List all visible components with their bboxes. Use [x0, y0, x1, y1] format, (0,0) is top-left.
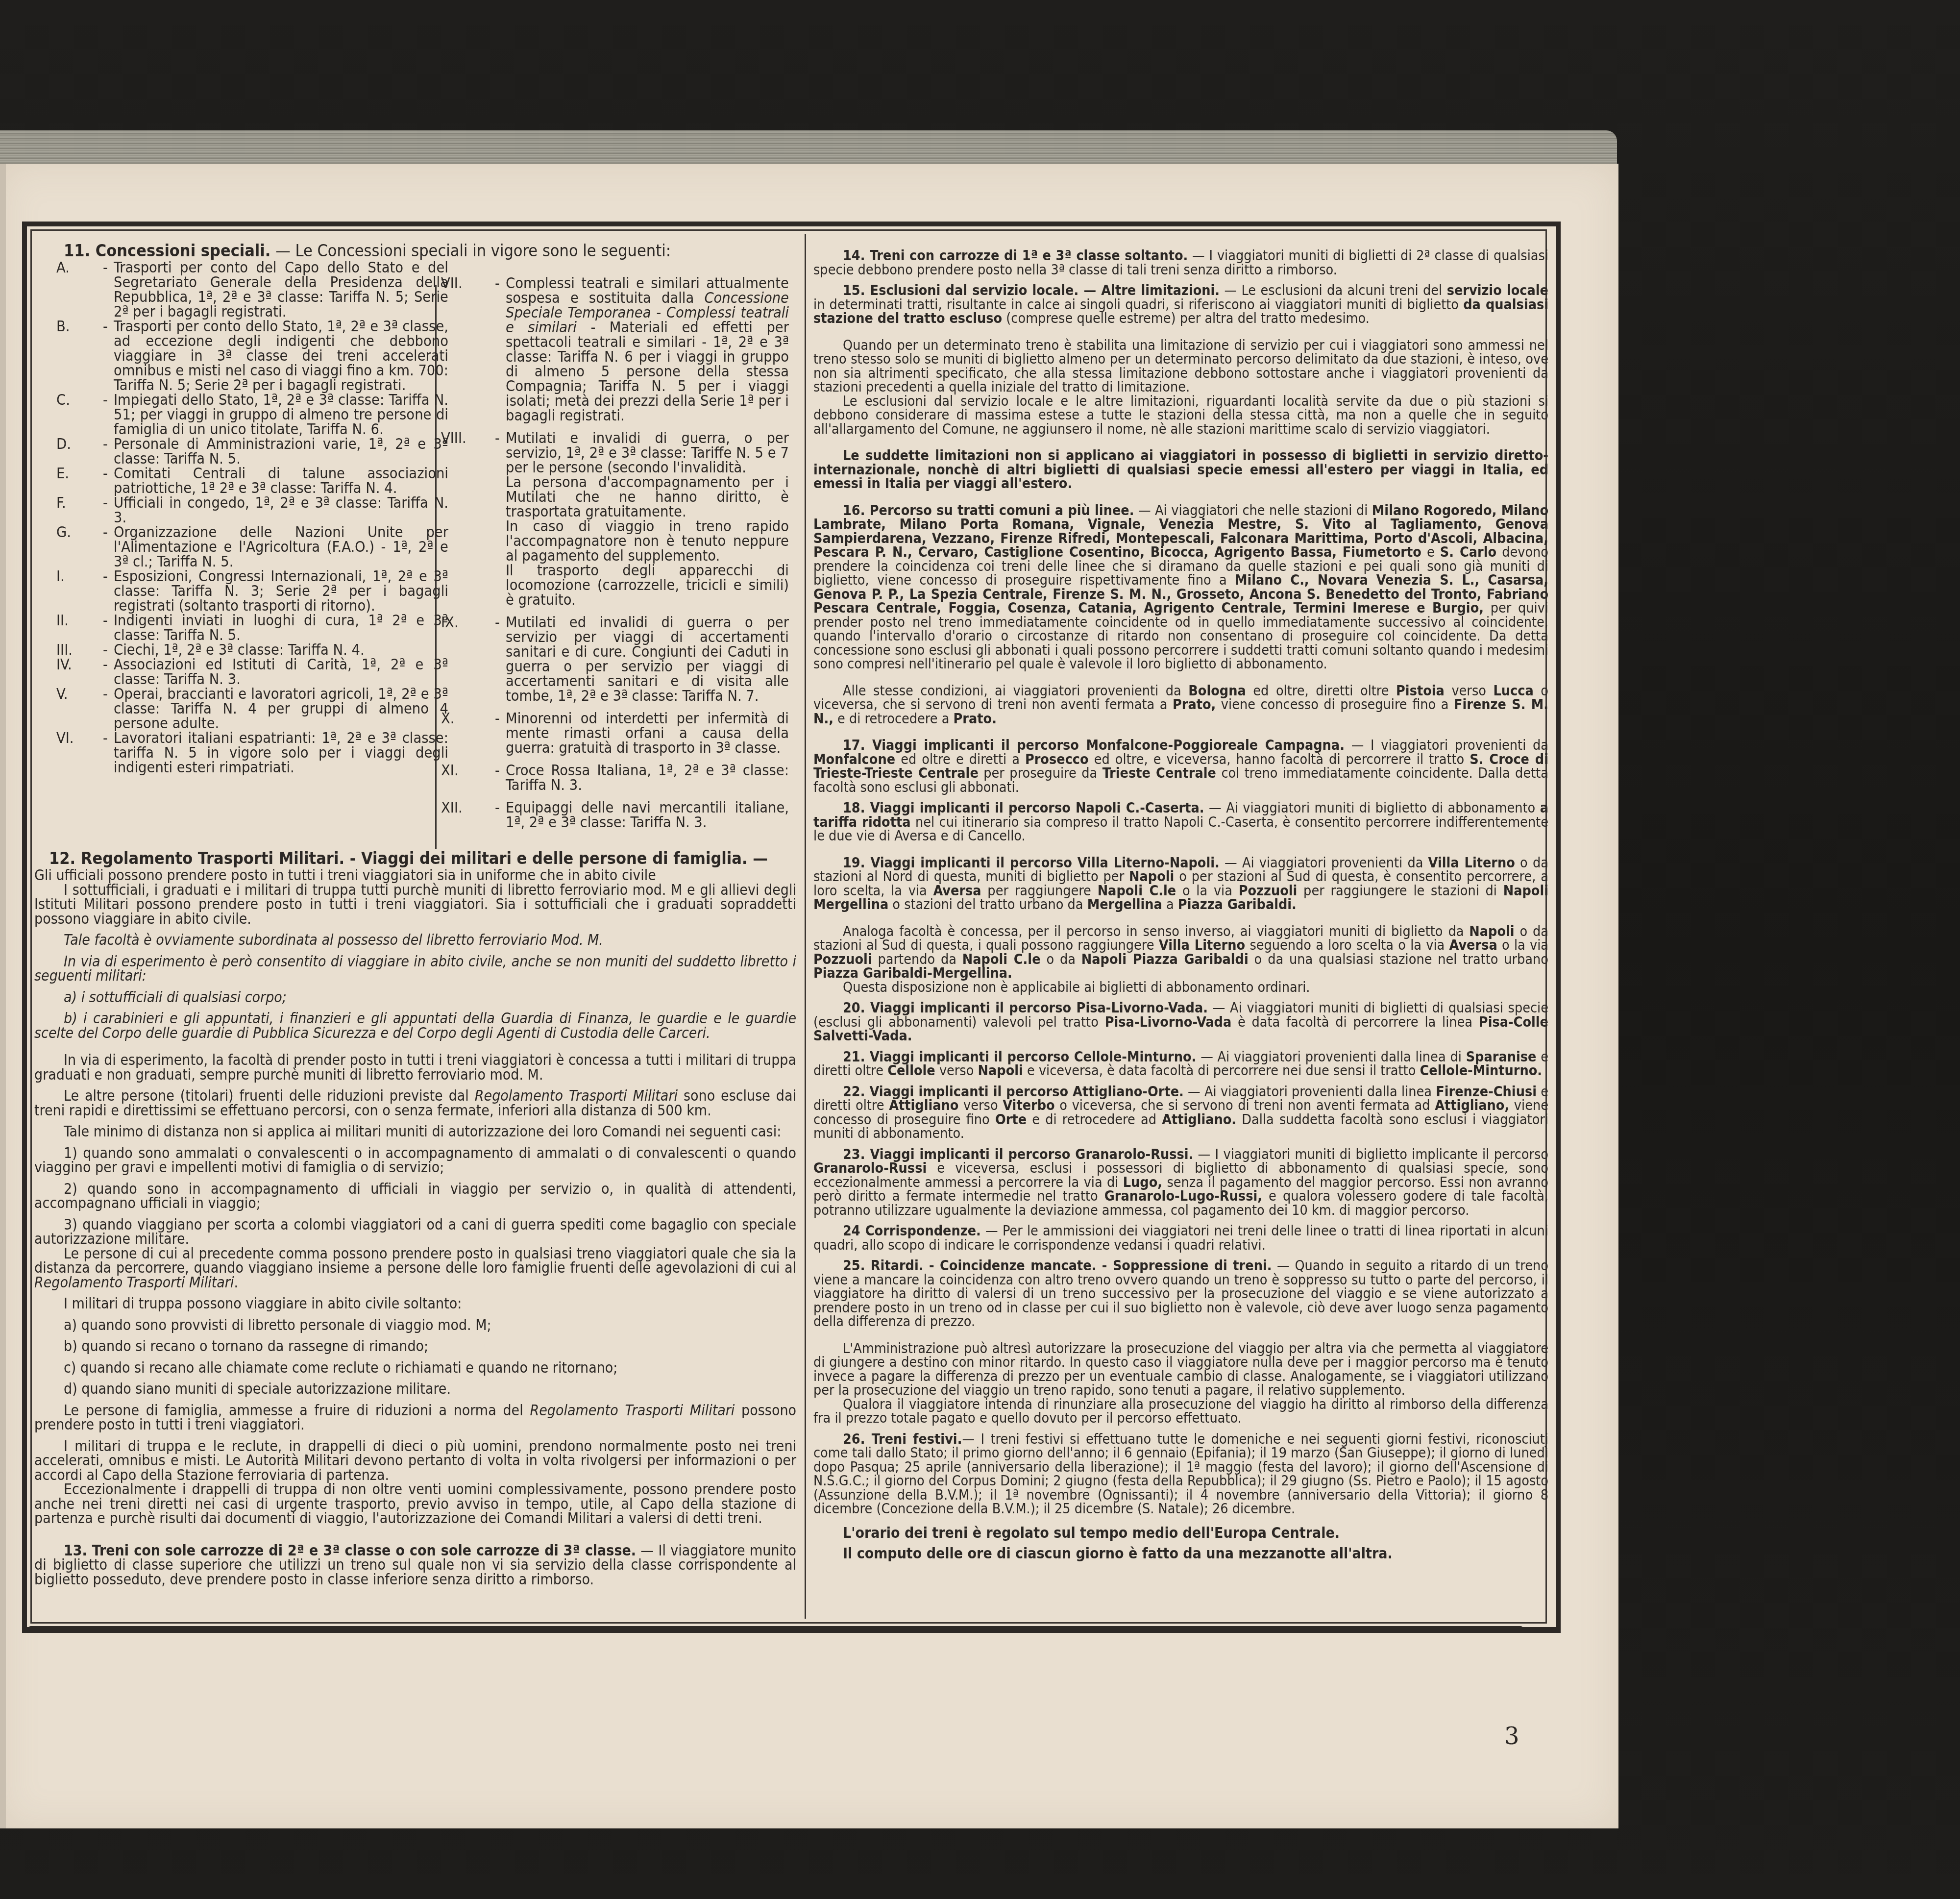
item-text: Esposizioni, Congressi Internazionali, 1… [114, 569, 448, 614]
text-run: Cellole [887, 1062, 935, 1079]
item-label: XII. [441, 801, 495, 830]
item-dash: - [103, 467, 114, 496]
section-16: 16. Percorso su tratti comuni a più line… [813, 504, 1548, 671]
item-text: Ciechi, 1ª, 2ª e 3ª classe: Tariffa N. 4… [114, 643, 448, 658]
text-run: Comitati Centrali di talune associazioni… [114, 465, 448, 497]
item-text: Indigenti inviati in luoghi di cura, 1ª … [114, 614, 448, 643]
book-page-edges [0, 130, 1617, 165]
section-23: 23. Viaggi implicanti il percorso Granar… [813, 1148, 1548, 1218]
item-label: B. [56, 320, 103, 393]
concession-item: VIII.-Mutilati e invalidi di guerra, o p… [441, 431, 789, 608]
item-dash: - [103, 320, 114, 393]
s25-paragraph: Qualora il viaggiatore intenda di rinunz… [813, 1398, 1548, 1426]
text-run: Napoli [978, 1062, 1023, 1079]
s12-paragraph: Le persone di famiglia, ammesse a fruire… [34, 1404, 796, 1432]
item-label: G. [56, 525, 103, 569]
item-label: V. [56, 687, 103, 731]
s19-paragraph: Questa disposizione non è applicabile ai… [813, 981, 1548, 995]
text-run: Operai, braccianti e lavoratori agricoli… [114, 686, 448, 732]
section-11-intro: — Le Concessioni speciali in vigore sono… [270, 241, 671, 261]
s16-paragraph: Alle stesse condizioni, ai viaggiatori p… [813, 684, 1548, 726]
item-dash: - [103, 614, 114, 643]
item-dash: - [103, 393, 114, 437]
text-run: Pisa-Livorno-Vada [1105, 1014, 1232, 1030]
s12-list-item: 3) quando viaggiano per scorta a colombi… [34, 1218, 796, 1247]
text-run: nel cui itinerario sia compreso il tratt… [813, 814, 1548, 844]
s12-paragraph: Gli ufficiali possono prendere posto in … [34, 868, 796, 883]
text-run: verso [935, 1062, 978, 1079]
s19-paragraph: Analoga facoltà è concessa, per il perco… [813, 925, 1548, 981]
concession-item: V.-Operai, braccianti e lavoratori agric… [56, 687, 448, 731]
item-label: VI. [56, 731, 103, 775]
page-content: 11. Concessioni speciali. — Le Concessio… [34, 234, 1543, 1621]
concession-item: III.-Ciechi, 1ª, 2ª e 3ª classe: Tariffa… [56, 643, 448, 658]
item-label: IX. [441, 616, 495, 704]
bottom-rule [28, 1626, 1523, 1631]
concession-item: C.-Impiegati dello Stato, 1ª, 2ª e 3ª cl… [56, 393, 448, 437]
text-run: Indigenti inviati in luoghi di cura, 1ª … [114, 612, 448, 644]
page-left-edge [0, 164, 6, 1828]
text-run: . [234, 1274, 238, 1291]
text-run: Mergellina [1087, 896, 1162, 913]
item-text: Organizzazione delle Nazioni Unite per l… [114, 525, 448, 569]
concession-item: B.-Trasporti per conto dello Stato, 1ª, … [56, 320, 448, 393]
s12-paragraph: Le altre persone (titolari) fruenti dell… [34, 1089, 796, 1118]
item-dash: - [495, 764, 506, 793]
item-label: X. [441, 712, 495, 756]
s15-paragraph: Le esclusioni dal servizio locale e le a… [813, 395, 1548, 437]
concession-list-a: A.-Trasporti per conto del Capo dello St… [56, 261, 448, 775]
concession-item: D.-Personale di Amministrazioni varie, 1… [56, 437, 448, 467]
item-label: C. [56, 393, 103, 437]
section-19: 19. Viaggi implicanti il percorso Villa … [813, 856, 1548, 912]
text-run: Regolamento Trasporti Militari [34, 1274, 234, 1291]
text-run: Regolamento Trasporti Militari [530, 1402, 735, 1419]
item-text: Ufficiali in congedo, 1ª, 2ª e 3ª classe… [114, 496, 448, 525]
item-dash: - [495, 431, 506, 608]
item-dash: - [103, 437, 114, 467]
item-dash: - [495, 616, 506, 704]
text-run: Piazza Garibaldi. [1178, 896, 1297, 913]
s25-paragraph: L'Amministrazione può altresì autorizzar… [813, 1342, 1548, 1398]
text-run: (comprese quelle estreme) per altra del … [1002, 310, 1370, 326]
text-run: - Materiali ed effetti per spettacoli te… [506, 319, 789, 424]
s12-list-item: d) quando siano muniti di speciale autor… [34, 1382, 796, 1397]
right-column: 14. Treni con carrozze di 1ª e 3ª classe… [813, 234, 1548, 1621]
section-17: 17. Viaggi implicanti il percorso Monfal… [813, 739, 1548, 794]
s12-paragraph: Tale minimo di distanza non si applica a… [34, 1125, 796, 1139]
item-text: Croce Rossa Italiana, 1ª, 2ª e 3ª classe… [506, 764, 789, 793]
concession-item: IX.-Mutilati ed invalidi di guerra o per… [441, 616, 789, 704]
section-13: 13. Treni con sole carrozze di 2ª e 3ª c… [34, 1544, 796, 1587]
s12-list-item: 1) quando sono ammalati o convalescenti … [34, 1146, 796, 1175]
item-text: Impiegati dello Stato, 1ª, 2ª e 3ª class… [114, 393, 448, 437]
s12-paragraph: In via di esperimento, la facoltà di pre… [34, 1053, 796, 1082]
concession-list-b: VII.-Complessi teatrali e similari attua… [441, 261, 789, 838]
item-text: Minorenni od interdetti per infermità di… [506, 712, 789, 756]
s12-paragraph: Tale facoltà è ovviamente subordinata al… [34, 933, 796, 948]
s12-list-item: a) i sottufficiali di qualsiasi corpo; [34, 990, 796, 1005]
s12-paragraph: Le persone di cui al precedente comma po… [34, 1247, 796, 1290]
concession-item: XI.-Croce Rossa Italiana, 1ª, 2ª e 3ª cl… [441, 764, 789, 793]
section-24: 24 Corrispondenze. — Per le ammissioni d… [813, 1224, 1548, 1252]
item-label: D. [56, 437, 103, 467]
section-15: 15. Esclusioni dal servizio locale. — Al… [813, 284, 1548, 326]
section-22: 22. Viaggi implicanti il percorso Attigl… [813, 1085, 1548, 1141]
text-run: Ufficiali in congedo, 1ª, 2ª e 3ª classe… [114, 494, 448, 526]
text-run: viene concesso di proseguire fino a [1216, 696, 1454, 713]
item-text: Associazioni ed Istituti di Carità, 1ª, … [114, 658, 448, 687]
text-run: Trasporti per conto dello Stato, 1ª, 2ª … [114, 318, 448, 394]
s12-list-item: a) quando sono provvisti di libretto per… [34, 1318, 796, 1333]
item-dash: - [495, 712, 506, 756]
item-label: VIII. [441, 431, 495, 608]
text-run: è data facoltà di percorrere la linea [1231, 1014, 1479, 1030]
item-label: F. [56, 496, 103, 525]
item-dash: - [495, 276, 506, 423]
text-run: La persona d'accompagnamento per i Mutil… [506, 475, 789, 519]
text-run: Il trasporto degli apparecchi di locomoz… [506, 564, 789, 608]
text-run: Prato. [954, 711, 997, 727]
section-18: 18. Viaggi implicanti il percorso Napoli… [813, 801, 1548, 843]
section-11-list: A.-Trasporti per conto del Capo dello St… [34, 261, 796, 854]
text-run: Trieste Centrale [1102, 765, 1216, 781]
s15-paragraph: Quando per un determinato treno è stabil… [813, 339, 1548, 395]
item-text: Comitati Centrali di talune associazioni… [114, 467, 448, 496]
text-run: Croce Rossa Italiana, 1ª, 2ª e 3ª classe… [506, 762, 789, 794]
section-11-heading: 11. Concessioni speciali. — Le Concessio… [34, 241, 796, 261]
page-number: 3 [1504, 1723, 1519, 1750]
s12-paragraph: I sottufficiali, i graduati e i militari… [34, 883, 796, 927]
text-run: Napoli Piazza Garibaldi [1081, 951, 1249, 967]
item-label: II. [56, 614, 103, 643]
text-run: e di retrocedere a [833, 711, 954, 727]
section-20: 20. Viaggi implicanti il percorso Pisa-L… [813, 1001, 1548, 1043]
text-run: Associazioni ed Istituti di Carità, 1ª, … [114, 656, 448, 688]
s12-list-item: c) quando si recano alle chiamate come r… [34, 1361, 796, 1376]
text-run: Prato, [1173, 696, 1216, 713]
item-text: Equipaggi delle navi mercantili italiane… [506, 801, 789, 830]
item-text: Personale di Amministrazioni varie, 1ª, … [114, 437, 448, 467]
text-run: Le persone di cui al precedente comma po… [34, 1245, 796, 1277]
item-text: Trasporti per conto del Capo dello Stato… [114, 261, 448, 320]
text-run: o stazioni del tratto urbano da [888, 896, 1087, 913]
text-run: e viceversa, è data facoltà di percorrer… [1023, 1062, 1420, 1079]
concession-item: F.-Ufficiali in congedo, 1ª, 2ª e 3ª cla… [56, 496, 448, 525]
concession-item: I.-Esposizioni, Congressi Internazionali… [56, 569, 448, 614]
concession-item: II.-Indigenti inviati in luoghi di cura,… [56, 614, 448, 643]
text-run: a [1162, 896, 1178, 913]
item-text: Trasporti per conto dello Stato, 1ª, 2ª … [114, 320, 448, 393]
closing-note-2: Il computo delle ore di ciascun giorno è… [813, 1546, 1548, 1562]
text-run: Trasporti per conto del Capo dello Stato… [114, 259, 448, 321]
concession-item: A.-Trasporti per conto del Capo dello St… [56, 261, 448, 320]
section-25: 25. Ritardi. - Coincidenze mancate. - So… [813, 1259, 1548, 1329]
s12-paragraph: I militari di truppa possono viaggiare i… [34, 1297, 796, 1311]
text-run: e di retrocedere ad [1027, 1111, 1162, 1128]
s12-list-item: b) quando si recano o tornano da rassegn… [34, 1339, 796, 1354]
item-text: Operai, braccianti e lavoratori agricoli… [114, 687, 448, 731]
item-label: VII. [441, 276, 495, 423]
item-label: A. [56, 261, 103, 320]
text-run: Lavoratori italiani espatrianti: 1ª, 2ª … [114, 730, 448, 776]
text-run: In caso di viaggio in treno rapido l'acc… [506, 519, 789, 564]
text-run: Cellole-Minturno. [1420, 1062, 1543, 1079]
item-dash: - [103, 731, 114, 775]
item-label: IV. [56, 658, 103, 687]
text-run: Impiegati dello Stato, 1ª, 2ª e 3ª class… [114, 392, 448, 438]
column-divider [805, 234, 806, 1619]
text-run: Mutilati e invalidi di guerra, o per ser… [506, 430, 789, 476]
item-dash: - [103, 658, 114, 687]
concession-item: G.-Organizzazione delle Nazioni Unite pe… [56, 525, 448, 569]
item-dash: - [103, 496, 114, 525]
text-run: Equipaggi delle navi mercantili italiane… [506, 799, 789, 831]
text-run: Attigliano. [1162, 1111, 1236, 1128]
text-run: Minorenni od interdetti per infermità di… [506, 710, 789, 757]
item-text: Mutilati e invalidi di guerra, o per ser… [506, 431, 789, 608]
text-run: Mutilati ed invalidi di guerra o per ser… [506, 614, 789, 705]
item-text: Lavoratori italiani espatrianti: 1ª, 2ª … [114, 731, 448, 775]
item-label: III. [56, 643, 103, 658]
item-dash: - [103, 643, 114, 658]
section-12: 12. Regolamento Trasporti Militari. - Vi… [34, 849, 796, 1526]
item-dash: - [103, 261, 114, 320]
text-run: o da una qualsiasi stazione nel tratto u… [1249, 951, 1548, 967]
item-label: E. [56, 467, 103, 496]
text-run: Esposizioni, Congressi Internazionali, 1… [114, 568, 448, 615]
s12-paragraph: Eccezionalmente i drappelli di truppa di… [34, 1482, 796, 1526]
concession-item: E.-Comitati Centrali di talune associazi… [56, 467, 448, 496]
text-run: Orte [995, 1111, 1027, 1128]
item-dash: - [103, 525, 114, 569]
concession-item: VII.-Complessi teatrali e similari attua… [441, 276, 789, 423]
section-21: 21. Viaggi implicanti il percorso Cellol… [813, 1050, 1548, 1078]
item-label: XI. [441, 764, 495, 793]
section-11-title: 11. Concessioni speciali. [64, 241, 270, 261]
text-run: Organizzazione delle Nazioni Unite per l… [114, 524, 448, 570]
s12-paragraph: In via di esperimento è però consentito … [34, 955, 796, 984]
section-26: 26. Treni festivi.— I treni festivi si e… [813, 1432, 1548, 1516]
item-text: Mutilati ed invalidi di guerra o per ser… [506, 616, 789, 704]
text-run: per raggiungere le stazioni di [1297, 883, 1503, 899]
s15-paragraph-bold: Le suddette limitazioni non si applicano… [813, 449, 1548, 491]
text-run: Personale di Amministrazioni varie, 1ª, … [114, 436, 448, 468]
s12-list-item: 2) quando sono in accompagnamento di uff… [34, 1182, 796, 1211]
concession-item: X.-Minorenni od interdetti per infermità… [441, 712, 789, 756]
concession-item: VI.-Lavoratori italiani espatrianti: 1ª,… [56, 731, 448, 775]
closing-note-1: L'orario dei treni è regolato sul tempo … [813, 1525, 1548, 1542]
s12-paragraph: I militari di truppa e le reclute, in dr… [34, 1439, 796, 1483]
concession-item: XII.-Equipaggi delle navi mercantili ita… [441, 801, 789, 830]
text-run: o da [1041, 951, 1081, 967]
concession-item: IV.-Associazioni ed Istituti di Carità, … [56, 658, 448, 687]
item-label: I. [56, 569, 103, 614]
item-dash: - [103, 569, 114, 614]
left-column: 11. Concessioni speciali. — Le Concessio… [34, 234, 796, 1621]
section-14: 14. Treni con carrozze di 1ª e 3ª classe… [813, 249, 1548, 277]
item-text: Complessi teatrali e similari attualment… [506, 276, 789, 423]
item-dash: - [495, 801, 506, 830]
s12-list-item: b) i carabinieri e gli appuntati, i fina… [34, 1011, 796, 1040]
item-dash: - [103, 687, 114, 731]
